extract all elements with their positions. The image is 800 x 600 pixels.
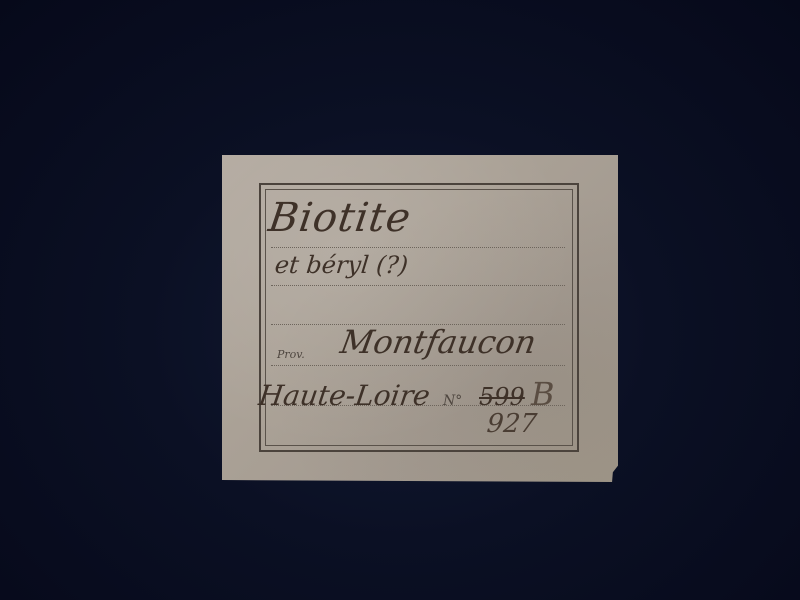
specimen-label-card: Biotite et béryl (?) Prov. Montfaucon Ha… bbox=[222, 155, 618, 482]
ruled-line-2 bbox=[271, 285, 565, 286]
ruled-line-1 bbox=[271, 247, 565, 248]
ruled-line-4 bbox=[271, 365, 565, 366]
region: Haute-Loire bbox=[257, 379, 432, 412]
number-prefix: N° bbox=[443, 393, 462, 409]
number-suffix: B bbox=[531, 375, 555, 413]
secondary-mineral: et béryl (?) bbox=[274, 251, 410, 279]
mineral-name: Biotite bbox=[266, 195, 414, 241]
corrected-number: 927 bbox=[485, 409, 538, 439]
label-border-frame: Biotite et béryl (?) Prov. Montfaucon Ha… bbox=[259, 183, 579, 452]
provenance-prefix: Prov. bbox=[277, 348, 305, 361]
struck-number: 599 bbox=[479, 383, 525, 411]
locality: Montfaucon bbox=[338, 323, 540, 361]
